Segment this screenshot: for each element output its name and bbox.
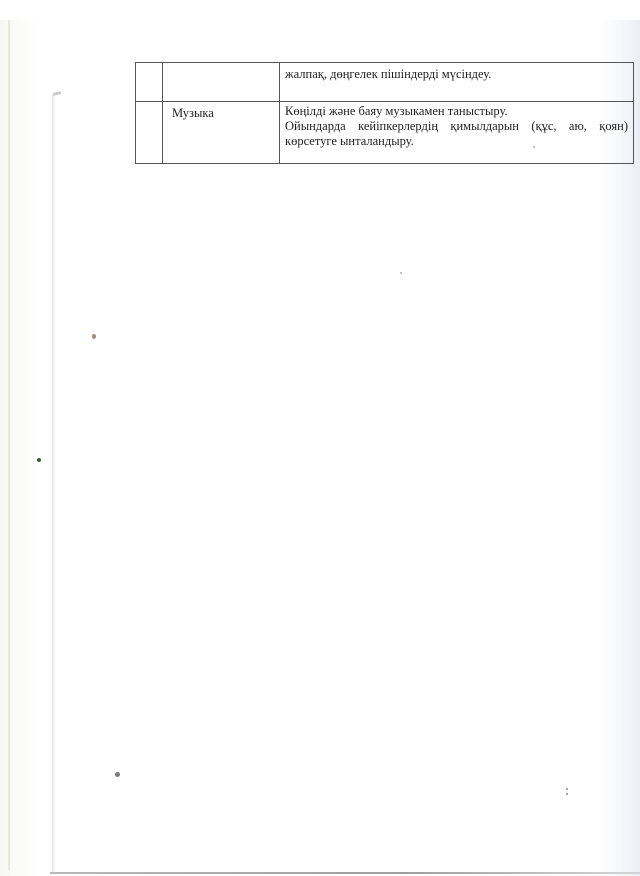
- scan-speck: [37, 458, 41, 462]
- content-line: көрсетуге ынталандыру.: [285, 134, 628, 149]
- table-row: Музыка Көңілді және баяу музыкамен таныс…: [136, 102, 634, 164]
- page-fold-shadow: [52, 94, 55, 874]
- scan-speck: [92, 334, 96, 339]
- row-number-cell: [136, 102, 163, 164]
- content-line: жалпақ, дөңгелек пішіндерді мүсіндеу.: [285, 67, 628, 82]
- content-line: Ойындарда кейіпкерлердің қимылдарын (құс…: [285, 119, 628, 134]
- content-cell: жалпақ, дөңгелек пішіндерді мүсіндеу.: [280, 63, 634, 102]
- scan-speck: [566, 793, 568, 795]
- scan-top-margin: [0, 0, 640, 20]
- subject-cell: Музыка: [163, 102, 280, 164]
- content-line: Көңілді және баяу музыкамен таныстыру.: [285, 104, 628, 119]
- subject-cell: [163, 63, 280, 102]
- page-edge: [8, 20, 10, 870]
- page-bottom-edge: [50, 872, 640, 874]
- scan-speck: [400, 272, 402, 274]
- row-number-cell: [136, 63, 163, 102]
- scan-speck: [115, 772, 120, 777]
- table-row: жалпақ, дөңгелек пішіндерді мүсіндеу.: [136, 63, 634, 102]
- curriculum-table: жалпақ, дөңгелек пішіндерді мүсіндеу. Му…: [135, 62, 634, 164]
- content-cell: Көңілді және баяу музыкамен таныстыру. О…: [280, 102, 634, 164]
- scan-speck: [566, 788, 568, 790]
